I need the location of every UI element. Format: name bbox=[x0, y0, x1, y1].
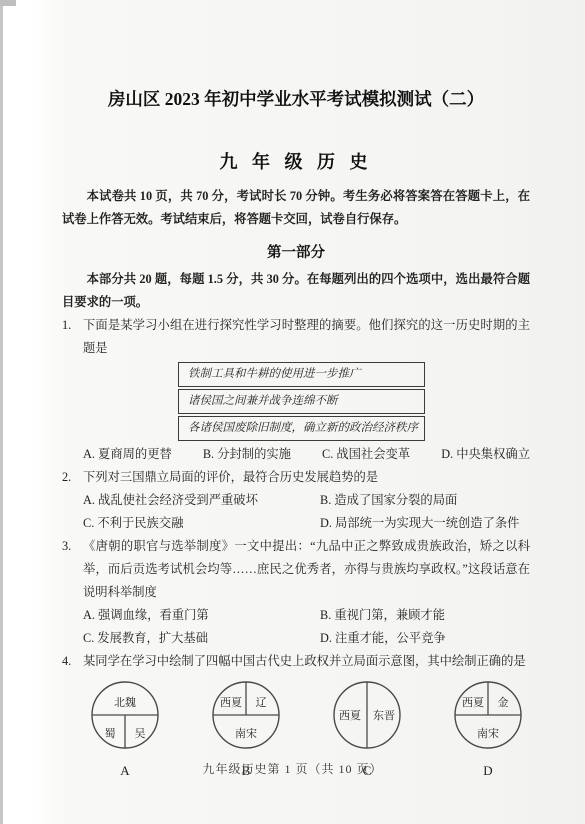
diagram-b-region-top-left: 西夏 bbox=[220, 696, 242, 709]
diagram-c-region-left: 西夏 bbox=[339, 709, 361, 722]
summary-box-row: 诸侯国之间兼并战争连绵不断 bbox=[178, 389, 425, 414]
question-2-text: 下列对三国鼎立局面的评价，最符合历史发展趋势的是 bbox=[83, 470, 378, 484]
diagram-b-region-bottom: 南宋 bbox=[235, 727, 257, 740]
question-2-options: A. 战乱使社会经济受到严重破坏 B. 造成了国家分裂的局面 C. 不利于民族交… bbox=[62, 489, 530, 535]
scanned-exam-page: 房山区 2023 年初中学业水平考试模拟测试（二） 九 年 级 历 史 本试卷共… bbox=[0, 0, 585, 824]
scan-corner-artifact bbox=[0, 0, 16, 6]
question-3-option-a: A. 强调血缘，看重门第 bbox=[83, 604, 320, 627]
question-4-text: 某同学在学习中绘制了四幅中国古代史上政权并立局面示意图，其中绘制正确的是 bbox=[83, 654, 526, 668]
diagram-c-region-right: 东晋 bbox=[373, 709, 395, 722]
question-2-option-b: B. 造成了国家分裂的局面 bbox=[320, 489, 530, 512]
summary-box-row: 各诸侯国废除旧制度，确立新的政治经济秩序 bbox=[178, 416, 425, 441]
diagram-d-region-top-left: 西夏 bbox=[462, 696, 484, 709]
section-one-heading: 第一部分 bbox=[62, 243, 530, 264]
question-4-number: 4. bbox=[62, 650, 71, 673]
question-3-number: 3. bbox=[62, 535, 71, 558]
scan-left-edge-shadow bbox=[0, 0, 3, 824]
question-2-option-d: D. 局部统一为实现大一统创造了条件 bbox=[320, 512, 530, 535]
question-1-option-a: A. 夏商周的更替 bbox=[83, 443, 172, 466]
diagram-a-region-bottom-left: 蜀 bbox=[105, 727, 116, 740]
diagram-d-region-top-right: 金 bbox=[498, 695, 509, 709]
diagram-d-region-bottom: 南宋 bbox=[477, 727, 499, 740]
question-3-option-d: D. 注重才能，公平竞争 bbox=[320, 627, 530, 650]
question-1-option-c: C. 战国社会变革 bbox=[322, 443, 410, 466]
exam-instructions: 本试卷共 10 页，共 70 分，考试时长 70 分钟。考生务必将答案答在答题卡… bbox=[62, 185, 530, 231]
question-4-stem: 4. 某同学在学习中绘制了四幅中国古代史上政权并立局面示意图，其中绘制正确的是 bbox=[62, 650, 530, 673]
summary-box-row: 铁制工具和牛耕的使用进一步推广 bbox=[178, 362, 425, 387]
question-3-text: 《唐朝的职官与选举制度》一文中提出：“九品中正之弊致成贵族政治，矫之以科举，而后… bbox=[83, 539, 530, 599]
question-2-option-a: A. 战乱使社会经济受到严重破坏 bbox=[83, 489, 320, 512]
question-3-stem: 3. 《唐朝的职官与选举制度》一文中提出：“九品中正之弊致成贵族政治，矫之以科举… bbox=[62, 535, 530, 604]
question-3-option-c: C. 发展教育，扩大基础 bbox=[83, 627, 320, 650]
section-one-intro: 本部分共 20 题，每题 1.5 分，共 30 分。在每题列出的四个选项中，选出… bbox=[62, 268, 530, 314]
question-1-options: A. 夏商周的更替 B. 分封制的实施 C. 战国社会变革 D. 中央集权确立 bbox=[62, 443, 530, 466]
question-3-option-b: B. 重视门第，兼顾才能 bbox=[320, 604, 530, 627]
diagram-a-region-bottom-right: 吴 bbox=[135, 727, 146, 740]
exam-title: 房山区 2023 年初中学业水平考试模拟测试（二） bbox=[62, 86, 530, 112]
question-1-stem: 1. 下面是某学习小组在进行探究性学习时整理的摘要。他们探究的这一历史时期的主题… bbox=[62, 314, 530, 360]
question-2-option-c: C. 不利于民族交融 bbox=[83, 512, 320, 535]
question-2-number: 2. bbox=[62, 466, 71, 489]
question-1-option-b: B. 分封制的实施 bbox=[203, 443, 291, 466]
question-1-summary-box: 铁制工具和牛耕的使用进一步推广 诸侯国之间兼并战争连绵不断 各诸侯国废除旧制度，… bbox=[178, 362, 425, 441]
page-content: 房山区 2023 年初中学业水平考试模拟测试（二） 九 年 级 历 史 本试卷共… bbox=[62, 0, 530, 779]
question-3-options: A. 强调血缘，看重门第 B. 重视门第，兼顾才能 C. 发展教育，扩大基础 D… bbox=[62, 604, 530, 650]
diagram-b-region-top-right: 辽 bbox=[256, 696, 267, 709]
question-1-text: 下面是某学习小组在进行探究性学习时整理的摘要。他们探究的这一历史时期的主题是 bbox=[83, 318, 530, 355]
exam-subject: 九 年 级 历 史 bbox=[62, 149, 530, 175]
question-1-number: 1. bbox=[62, 314, 71, 337]
diagram-a-region-top: 北魏 bbox=[114, 695, 136, 709]
page-footer: 九年级历史第 1 页（共 10 页） bbox=[0, 760, 585, 777]
question-1-option-d: D. 中央集权确立 bbox=[441, 443, 530, 466]
question-2-stem: 2. 下列对三国鼎立局面的评价，最符合历史发展趋势的是 bbox=[62, 466, 530, 489]
